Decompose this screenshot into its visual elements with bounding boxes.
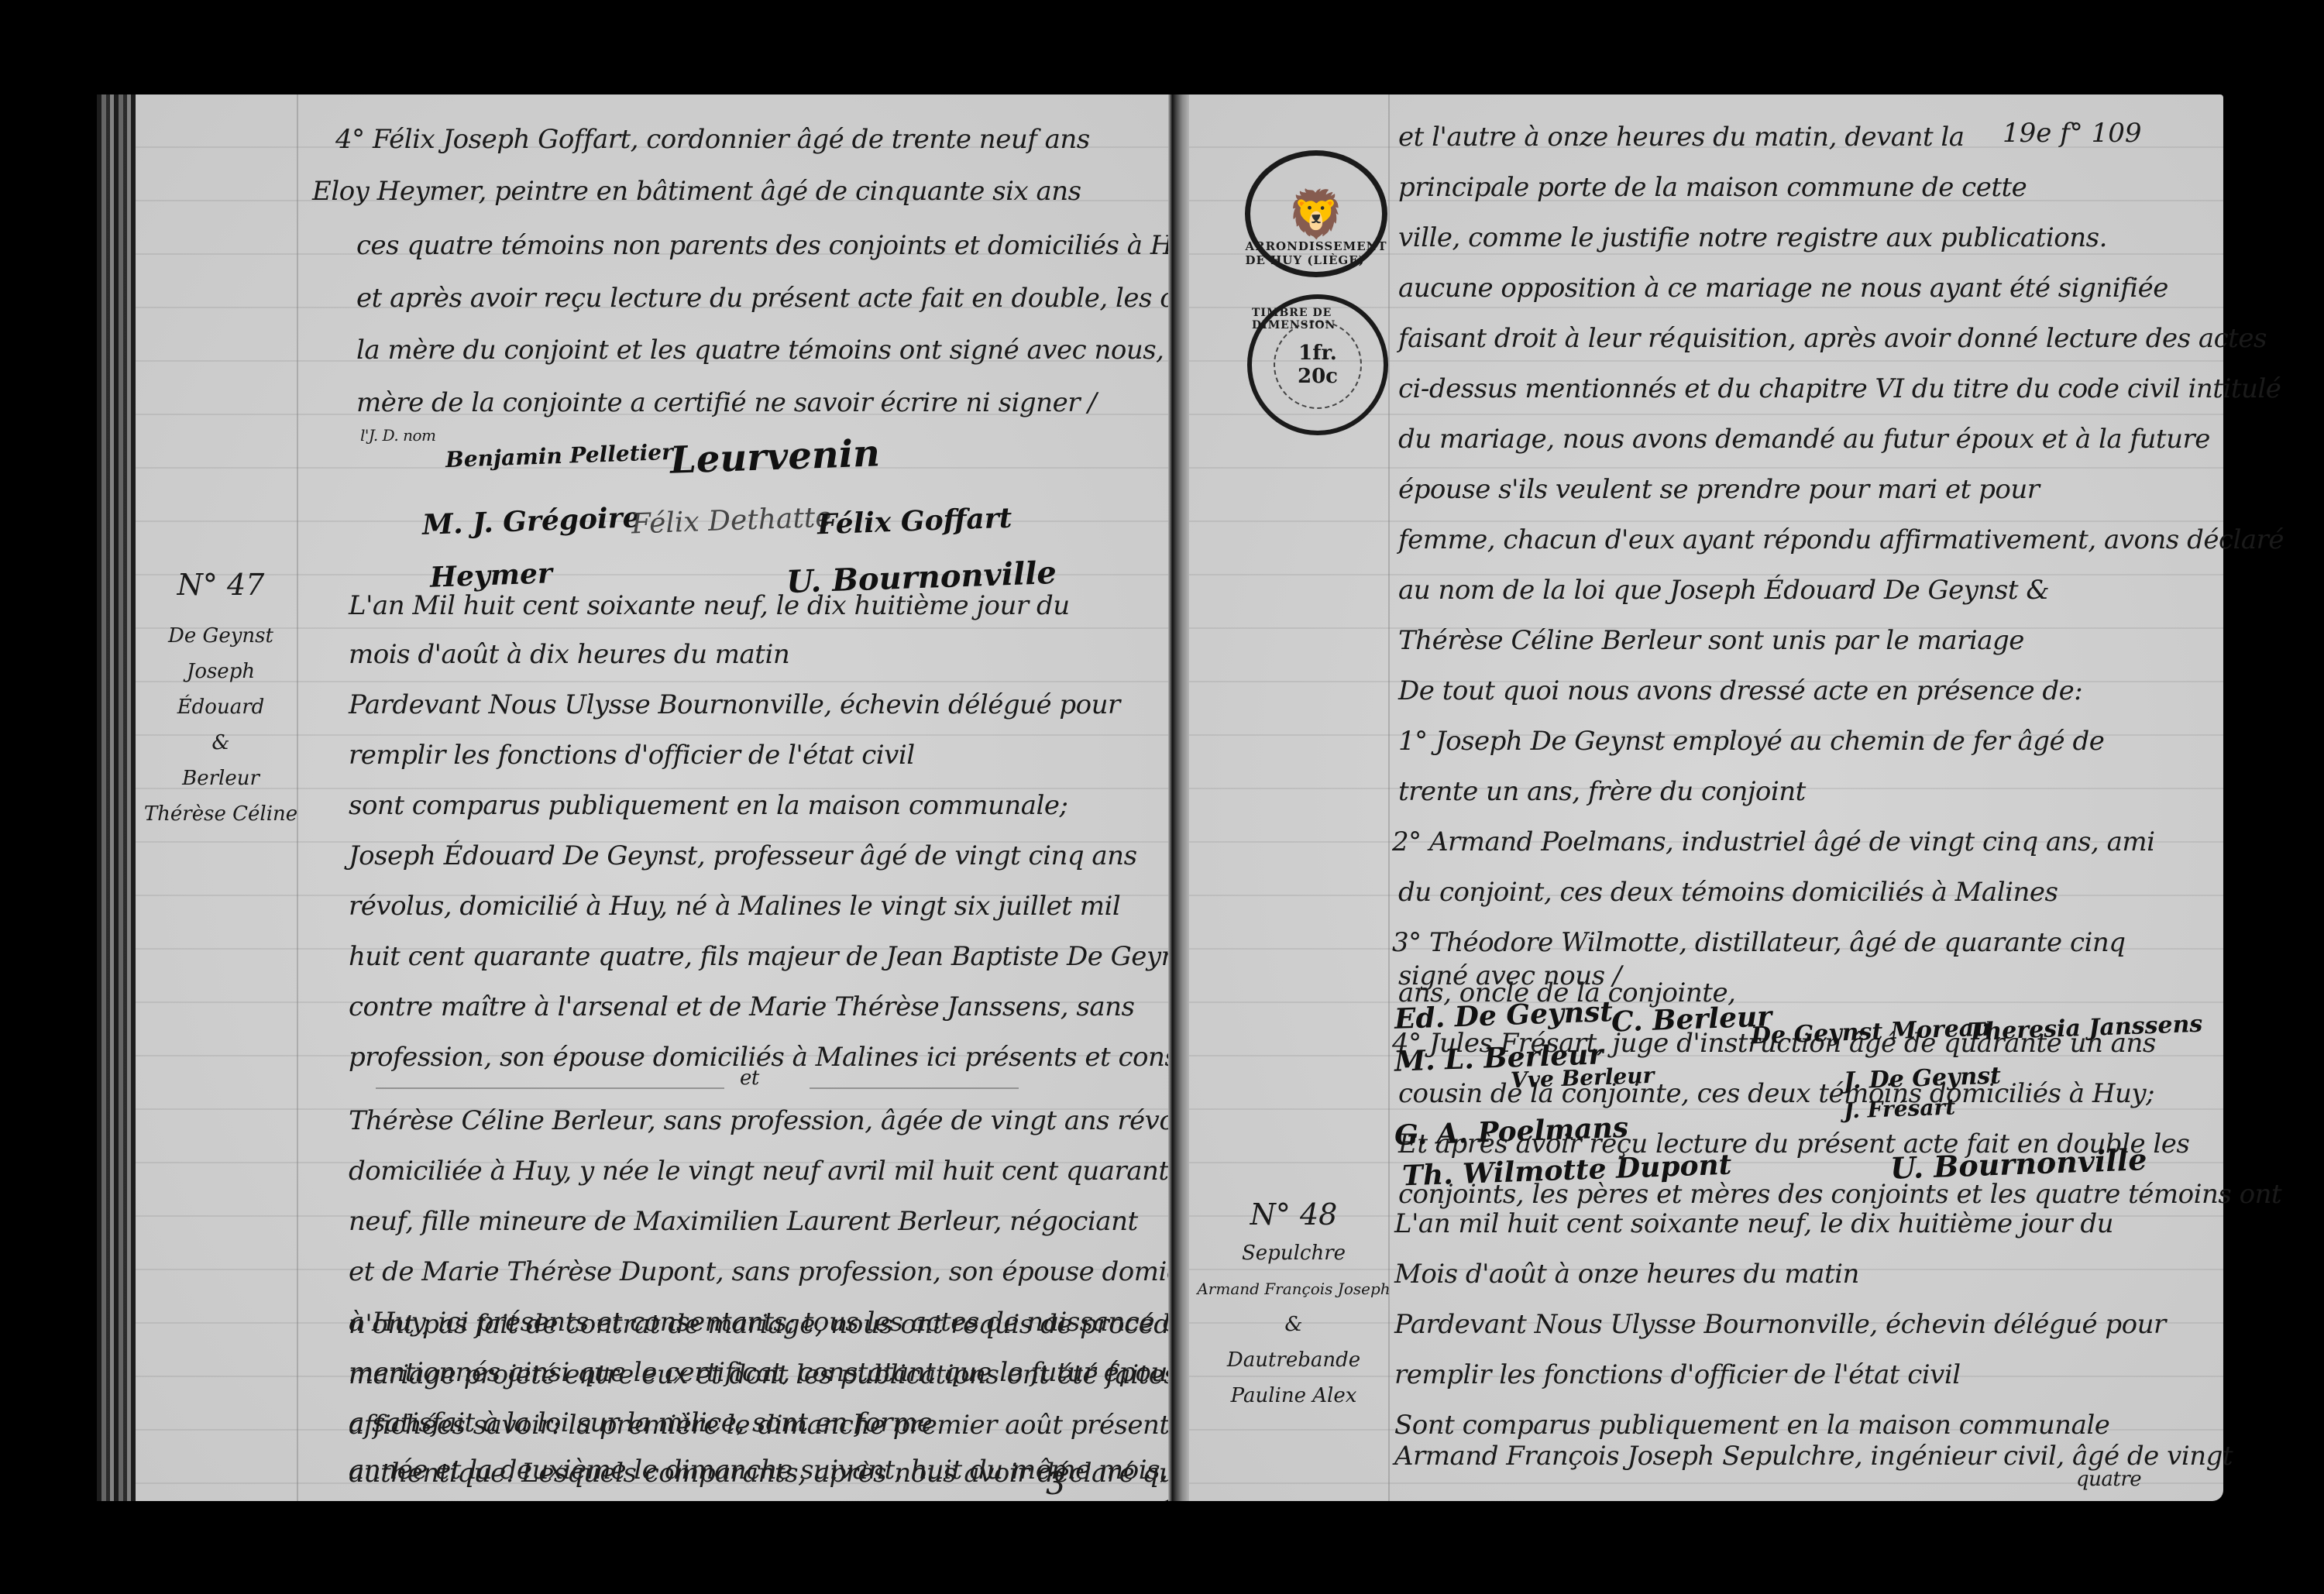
groom-surname: De Geynst: [143, 618, 298, 654]
register-spread: 4° Félix Joseph Goffart, cordonnier âgé …: [0, 0, 2324, 1594]
divider-dash: [376, 1087, 724, 1089]
signature: Félix Goffart: [816, 502, 1012, 541]
text-line: 2° Armand Poelmans, industriel âgé de vi…: [1392, 826, 2155, 857]
entry-margin-48: N° 48 Sepulchre Armand François Joseph &…: [1197, 1197, 1391, 1414]
entry-number: N° 47: [143, 567, 298, 603]
groom-given-names: Joseph Édouard: [143, 654, 298, 725]
folio-annotation: 19e f° 109: [2003, 118, 2141, 149]
text-line: du mariage, nous avons demandé au futur …: [1398, 424, 2210, 455]
text-line: Sont comparus publiquement en la maison …: [1394, 1410, 2109, 1441]
signature: Vve Berleur: [1510, 1063, 1654, 1093]
ampersand: &: [143, 725, 298, 761]
signature: J. De Geynst: [1843, 1062, 2001, 1094]
signature: Félix Dethatte: [631, 501, 832, 540]
text-line: faisant droit à leur réquisition, après …: [1398, 323, 2267, 354]
text-line: du conjoint, ces deux témoins domiciliés…: [1398, 877, 2058, 908]
tax-stamp-value-fr: 1fr.: [1298, 342, 1337, 365]
text-line: sont comparus publiquement en la maison …: [349, 790, 1067, 821]
left-page: 4° Félix Joseph Goffart, cordonnier âgé …: [136, 94, 1171, 1501]
text-line: domiciliée à Huy, y née le vingt neuf av…: [349, 1156, 1184, 1187]
text-line: Joseph Édouard De Geynst, professeur âgé…: [349, 840, 1137, 871]
text-line: L'an Mil huit cent soixante neuf, le dix…: [349, 590, 1070, 621]
margin-correction: l'J. D. nom: [360, 426, 436, 445]
text-line: affichées savoir: la première le dimanch…: [349, 1410, 1184, 1441]
text-line: révolus, domicilié à Huy, né à Malines l…: [349, 891, 1120, 922]
tax-stamp-ring-text: TIMBRE DE DIMENSION: [1252, 307, 1384, 332]
text-line: mère de la conjointe a certifié ne savoi…: [356, 387, 1096, 418]
text-line: Armand François Joseph Sepulchre, ingéni…: [1394, 1441, 2233, 1472]
entry-number: N° 48: [1197, 1197, 1391, 1232]
text-line: Thérèse Céline Berleur sont unis par le …: [1398, 625, 2024, 656]
text-line: principale porte de la maison commune de…: [1398, 172, 2027, 203]
text-line: épouse s'ils veulent se prendre pour mar…: [1398, 474, 2040, 505]
bride-given-names: Pauline Alex: [1197, 1378, 1391, 1414]
text-line: signé avec nous /: [1398, 960, 1621, 991]
text-line: aucune opposition à ce mariage ne nous a…: [1398, 273, 2168, 304]
text-line: huit cent quarante quatre, fils majeur d…: [349, 941, 1201, 972]
tax-stamp-value-c: 20c: [1298, 365, 1338, 388]
signature: Heymer: [429, 557, 552, 593]
entry-margin-47: N° 47 De Geynst Joseph Édouard & Berleur…: [143, 567, 298, 832]
text-line: profession, son épouse domiciliés à Mali…: [349, 1042, 1275, 1073]
signature: Leurvenin: [669, 431, 881, 482]
lion-emblem-icon: 🦁: [1287, 187, 1346, 242]
text-line: et l'autre à onze heures du matin, devan…: [1398, 122, 1965, 153]
text-line: neuf, fille mineure de Maximilien Lauren…: [349, 1206, 1138, 1237]
signature: Benjamin Pelletier: [445, 439, 674, 472]
text-line: 1° Joseph De Geynst employé au chemin de…: [1398, 726, 2104, 757]
text-line: et de Marie Thérèse Dupont, sans profess…: [349, 1256, 1233, 1287]
divider-dash: [810, 1087, 1019, 1089]
text-line: femme, chacun d'eux ayant répondu affirm…: [1398, 524, 2284, 555]
text-line: mariage projeté entre eux et dont les pu…: [349, 1359, 1210, 1390]
text-line: mois d'août à dix heures du matin: [349, 639, 789, 670]
text-line: De tout quoi nous avons dressé acte en p…: [1398, 675, 2082, 706]
text-line: 3° Théodore Wilmotte, distillateur, âgé …: [1392, 927, 2126, 958]
page-end-mark: 3: [1046, 1466, 1065, 1502]
signature: C. Berleur: [1611, 1000, 1772, 1038]
text-line: Pardevant Nous Ulysse Bournonville, éche…: [349, 689, 1120, 720]
conjunction-et: et: [740, 1067, 759, 1090]
text-line: au nom de la loi que Joseph Édouard De G…: [1398, 575, 2049, 606]
signature: M. J. Grégoire: [421, 501, 641, 541]
page-edges: [97, 94, 139, 1501]
text-line: L'an mil huit cent soixante neuf, le dix…: [1394, 1208, 2113, 1239]
text-line: contre maître à l'arsenal et de Marie Th…: [349, 991, 1134, 1022]
catchword: quatre: [2076, 1468, 2141, 1491]
text-line: n'ont pas fait de contrat de mariage, no…: [349, 1309, 1237, 1340]
bride-surname: Dautrebande: [1197, 1342, 1391, 1378]
text-line: ces quatre témoins non parents des conjo…: [356, 230, 1212, 261]
text-line: ville, comme le justifie notre registre …: [1398, 222, 2107, 253]
text-line: et après avoir reçu lecture du présent a…: [356, 283, 1277, 314]
text-line: remplir les fonctions d'officier de l'ét…: [349, 740, 915, 771]
text-line: ci-dessus mentionnés et du chapitre VI d…: [1398, 373, 2281, 404]
seal-stamp: 🦁 ARRONDISSEMENT DE HUY (LIÈGE): [1245, 150, 1387, 277]
text-line: remplir les fonctions d'officier de l'ét…: [1394, 1359, 1961, 1390]
book-gutter: [1168, 94, 1191, 1501]
signature: J. Frésart: [1843, 1094, 1955, 1123]
groom-given-names: Armand François Joseph: [1197, 1271, 1391, 1307]
text-line: Thérèse Céline Berleur, sans profession,…: [349, 1105, 1220, 1136]
seal-text: ARRONDISSEMENT DE HUY (LIÈGE): [1245, 239, 1387, 267]
text-line: année et la deuxième le dimanche suivant…: [349, 1455, 1239, 1486]
text-line: trente un ans, frère du conjoint: [1398, 776, 1806, 807]
text-line: Eloy Heymer, peintre en bâtiment âgé de …: [312, 176, 1081, 207]
text-line: Mois d'août à onze heures du matin: [1394, 1259, 1859, 1290]
text-line: la mère du conjoint et les quatre témoin…: [356, 335, 1229, 366]
text-line: Pardevant Nous Ulysse Bournonville, éche…: [1394, 1309, 2166, 1340]
tax-stamp: TIMBRE DE DIMENSION 1fr. 20c: [1247, 294, 1388, 435]
ampersand: &: [1197, 1307, 1391, 1342]
groom-surname: Sepulchre: [1197, 1235, 1391, 1271]
text-line: 4° Félix Joseph Goffart, cordonnier âgé …: [335, 124, 1090, 155]
bride-surname: Berleur: [143, 761, 298, 796]
bride-given-names: Thérèse Céline: [143, 796, 298, 832]
